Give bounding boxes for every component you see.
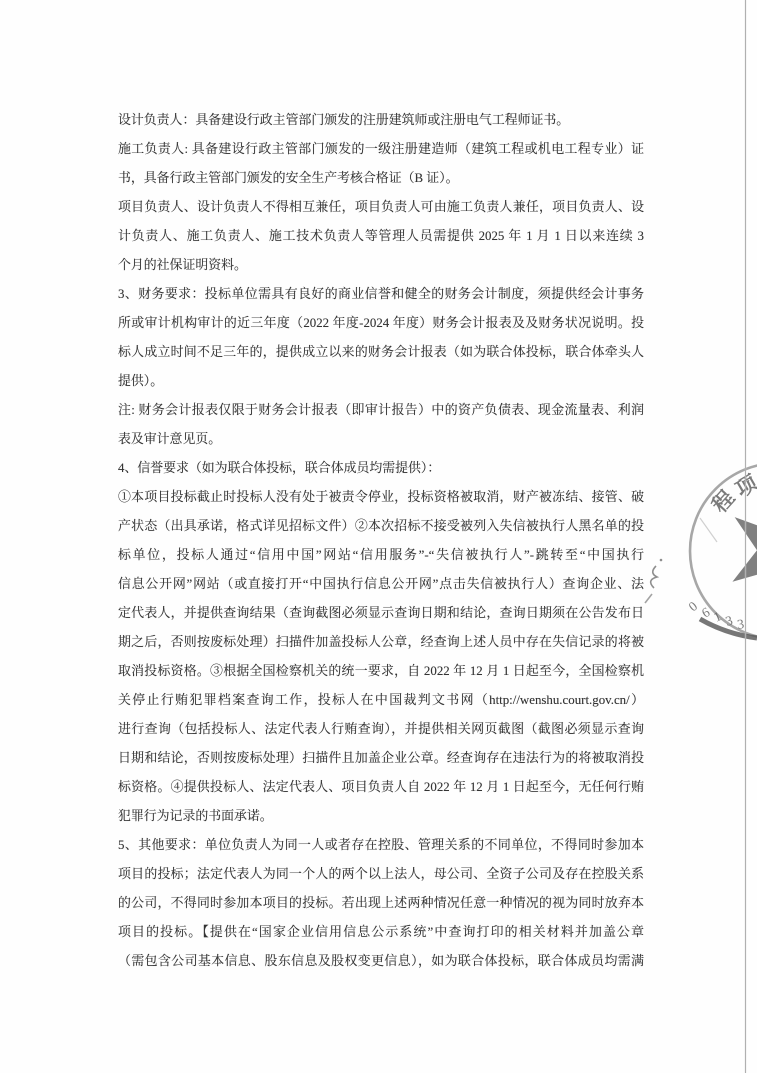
text-line: 标单位，投标人通过“信用中国”网站“信用服务”-“失信被执行人”-跳转至“中国执… [118,541,644,570]
text-line: 关停止行贿犯罪档案查询工作，投标人在中国裁判文书网（http://wenshu.… [118,686,644,715]
scan-edge-line [745,0,746,1073]
text-line: （需包含公司基本信息、股东信息及股权变更信息），如为联合体投标，联合体成员均需满 [118,947,644,976]
document-text: 设计负责人：具备建设行政主管部门颁发的注册建筑师或注册电气工程师证书。 施工负责… [118,106,644,976]
text-line: 进行查询（包括投标人、法定代表人行贿查询），并提供相关网页截图（截图必须显示查询 [118,715,644,744]
text-line: 注: 财务会计报表仅限于财务会计报表（即审计报告）中的资产负债表、现金流量表、利… [118,396,644,425]
seal-serial-digit: 0 [686,598,701,614]
text-line: 提供）。 [118,367,644,396]
text-line: 所或审计机构审计的近三年度（2022 年度-2024 年度）财务会计报表及及财务… [118,309,644,338]
seal-serial-digit: 3 [736,616,745,632]
text-line: 5、其他要求：单位负责人为同一人或者存在控股、管理关系的不同单位，不得同时参加本 [118,831,644,860]
text-line: 计负责人、施工负责人、施工技术负责人等管理人员需提供 2025 年 1 月 1 … [118,222,644,251]
ink-mark [651,566,657,588]
text-line: 标资格。④提供投标人、法定代表人、项目负责人自 2022 年 12 月 1 日起… [118,773,644,802]
ink-mark [645,594,652,603]
text-line: 3、财务要求：投标单位需具有良好的商业信誉和健全的财务会计制度，须提供经会计事务 [118,280,644,309]
text-line: 4、信誉要求（如为联合体投标，联合体成员均需提供）： [118,454,644,483]
text-line: 表及审计意见页。 [118,425,644,454]
text-line: 期之后，否则按废标处理）扫描件加盖投标人公章，经查询上述人员中存在失信记录的将被 [118,628,644,657]
seal-serial-digit: 1 [711,608,723,624]
text-line: 定代表人，并提供查询结果（查询截图必须显示查询日期和结论，查询日期须在公告发布日 [118,599,644,628]
text-line: 设计负责人：具备建设行政主管部门颁发的注册建筑师或注册电气工程师证书。 [118,106,644,135]
document-page: 设计负责人：具备建设行政主管部门颁发的注册建筑师或注册电气工程师证书。 施工负责… [0,0,757,1073]
text-line: 施工负责人: 具备建设行政主管部门颁发的一级注册建造师（建筑工程或机电工程专业）… [118,135,644,164]
text-line: 项目负责人、设计负责人不得相互兼任，项目负责人可由施工负责人兼任，项目负责人、设 [118,193,644,222]
text-line: 信息公开网”网站（或直接打开“中国执行信息公开网”点击失信被执行人）查询企业、法 [118,570,644,599]
text-line: 的公司，不得同时参加本项目的投标。若出现上述两种情况任意一种情况的视为同时放弃本 [118,889,644,918]
ink-mark [660,559,663,562]
text-line: 犯罪行为记录的书面承诺。 [118,802,644,831]
seal-serial-digit: 3 [724,613,735,629]
text-line: 书，具备行政主管部门颁发的安全生产考核合格证（B 证）。 [118,164,644,193]
text-line: 标人成立时间不足三年的，提供成立以来的财务会计报表（如为联合体投标，联合体牵头人 [118,338,644,367]
ink-mark [700,518,717,542]
seal-arc-char: 程 [707,486,739,518]
text-line: 项目的投标。【提供在“国家企业信用信息公示系统”中查询打印的相关材料并加盖公章 [118,918,644,947]
text-line: 产状态（出具承诺，格式详见招标文件）②本次招标不接受被列入失信被执行人黑名单的投 [118,512,644,541]
text-line: 取消投标资格。③根据全国检察机关的统一要求，自 2022 年 12 月 1 日起… [118,657,644,686]
company-seal-stamp: 程 项 0 6 1 3 3 [630,450,757,665]
text-line: ①本项目投标截止时投标人没有处于被责令停业，投标资格被取消，财产被冻结、接管、破 [118,483,644,512]
text-line: 项目的投标；法定代表人为同一个人的两个以上法人，母公司、全资子公司及存在控股关系 [118,860,644,889]
text-line: 个月的社保证明资料。 [118,251,644,280]
text-line: 日期和结论，否则按废标处理）扫描件且加盖企业公章。经查询存在违法行为的将被取消投 [118,744,644,773]
